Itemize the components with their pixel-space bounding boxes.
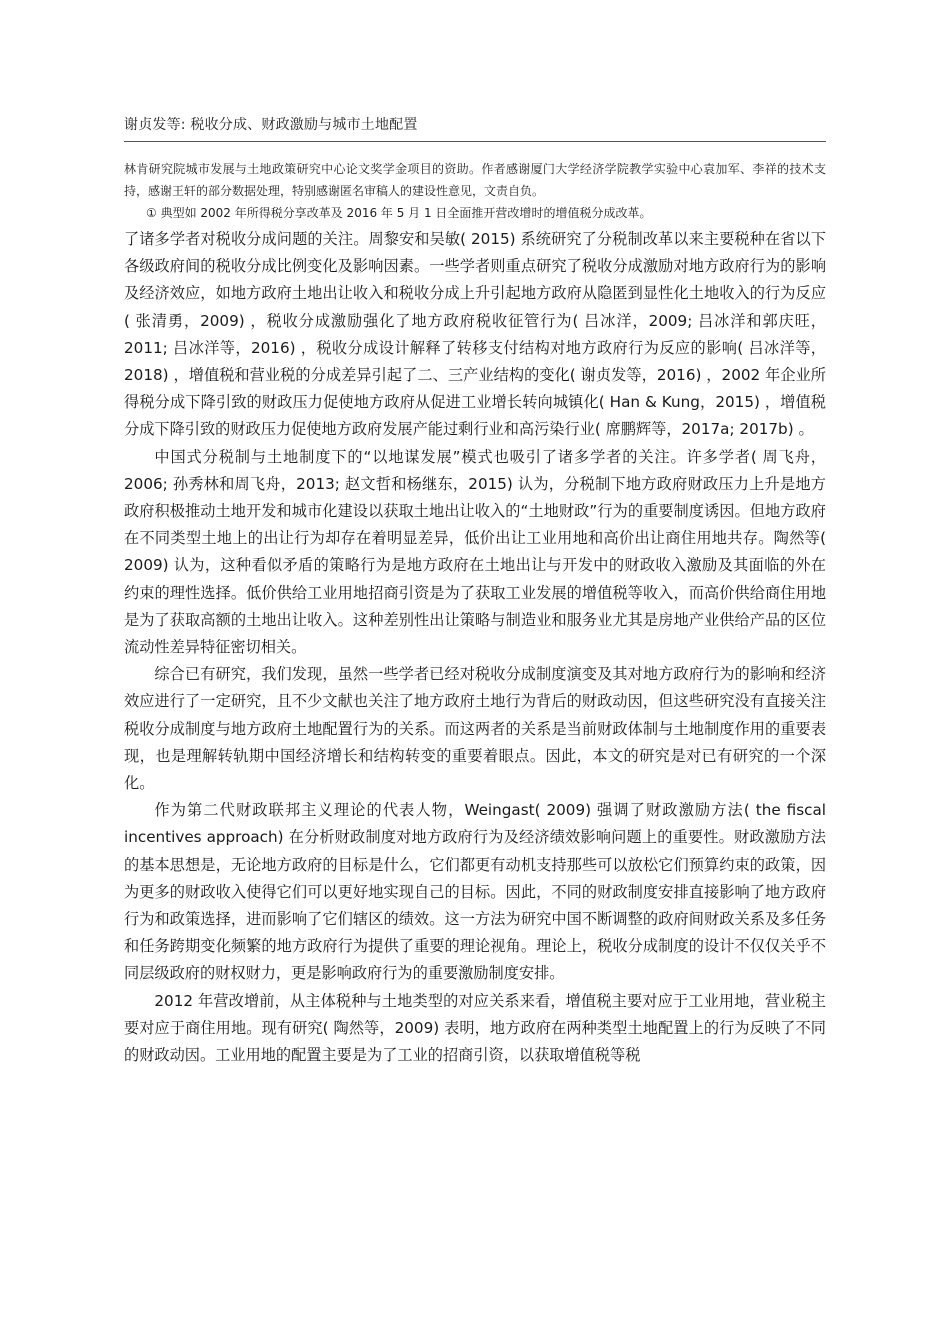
paragraph: 综合已有研究，我们发现，虽然一些学者已经对税收分成制度演变及其对地方政府行为的影… xyxy=(124,661,826,797)
header-divider xyxy=(124,141,826,142)
footnote-1: ① 典型如 2002 年所得税分享改革及 2016 年 5 月 1 日全面推开营… xyxy=(124,202,826,224)
paragraph: 作为第二代财政联邦主义理论的代表人物，Weingast( 2009) 强调了财政… xyxy=(124,797,826,987)
running-header: 谢贞发等: 税收分成、财政激励与城市土地配置 xyxy=(124,114,418,134)
paragraph: 中国式分税制与土地制度下的“以地谋发展”模式也吸引了诸多学者的关注。许多学者( … xyxy=(124,444,826,662)
paragraph-continued: 了诸多学者对税收分成问题的关注。周黎安和吴敏( 2015) 系统研究了分税制改革… xyxy=(124,226,826,444)
footnote-acknowledgement: 林肯研究院城市发展与土地政策研究中心论文奖学金项目的资助。作者感谢厦门大学经济学… xyxy=(124,158,826,202)
paragraph: 2012 年营改增前，从主体税种与土地类型的对应关系来看，增值税主要对应于工业用… xyxy=(124,988,826,1070)
footnotes-section: 林肯研究院城市发展与土地政策研究中心论文奖学金项目的资助。作者感谢厦门大学经济学… xyxy=(124,158,826,224)
body-text: 了诸多学者对税收分成问题的关注。周黎安和吴敏( 2015) 系统研究了分税制改革… xyxy=(124,226,826,1069)
